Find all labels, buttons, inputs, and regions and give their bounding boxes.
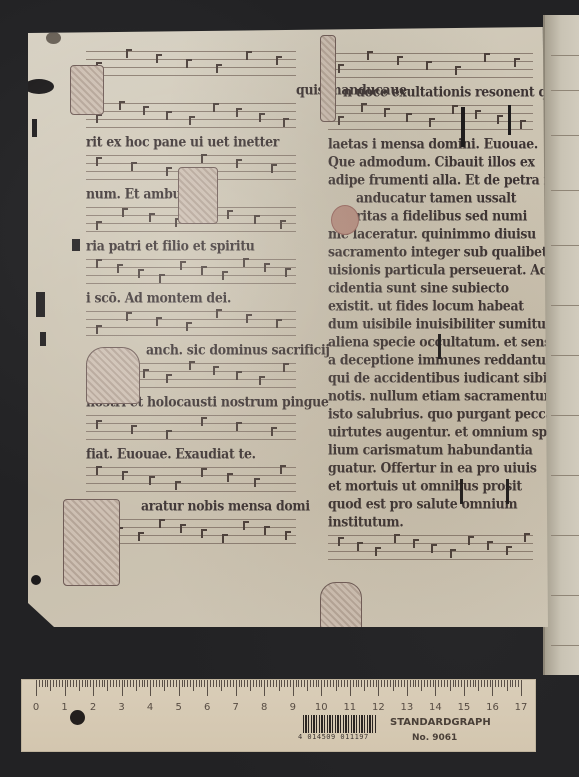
- neume: [201, 468, 203, 477]
- ruler-tick: [256, 680, 257, 687]
- ruler-tick: [367, 680, 368, 687]
- neume: [119, 101, 121, 110]
- text-line: rit ex hoc pane ui uet inetter: [86, 132, 296, 153]
- neume: [406, 113, 408, 122]
- binding-hole: [32, 119, 37, 137]
- ruler-tick: [310, 680, 311, 687]
- neume: [131, 425, 133, 434]
- neume: [180, 524, 182, 533]
- decorated-initial-m-face: [86, 347, 140, 404]
- neume: [117, 527, 119, 536]
- neume: [375, 547, 377, 556]
- ruler-tick: [393, 680, 394, 691]
- ruler-hole: [70, 710, 85, 725]
- ruler-tick: [267, 680, 268, 687]
- ruler-tick: [76, 680, 77, 687]
- ruler-tick: [290, 680, 291, 687]
- ruler-tick: [144, 680, 145, 687]
- neume: [119, 363, 121, 372]
- ruler-tick: [376, 680, 377, 687]
- slit: [438, 334, 441, 359]
- ruler-tick: [244, 680, 245, 687]
- ruler-tick: [159, 680, 160, 687]
- ruler-tick: [239, 680, 240, 687]
- ruler-tick: [450, 680, 451, 691]
- music-staff: [86, 463, 296, 497]
- neume: [122, 471, 124, 480]
- ruler-tick: [444, 680, 445, 687]
- ruler-tick: [56, 680, 57, 687]
- neume: [338, 64, 340, 73]
- neume: [143, 106, 145, 115]
- neume: [429, 118, 431, 127]
- ruler-tick: [467, 680, 468, 687]
- ruler-tick: [113, 680, 114, 687]
- neume: [166, 374, 168, 383]
- ruler-tick: [296, 680, 297, 687]
- ruler-tick: [298, 680, 299, 687]
- neume: [367, 51, 369, 60]
- text-line: sacramento integer sub qualibet di: [328, 242, 533, 263]
- text-line: uisionis particula perseuerat. Ac: [328, 260, 533, 281]
- text-line: ritas a fidelibus sed numi: [328, 206, 533, 227]
- neume: [201, 154, 203, 163]
- neume: [149, 476, 151, 485]
- ruler-tick: [281, 680, 282, 687]
- music-staff: [86, 307, 296, 341]
- text-line: cidentia sunt sine subiecto: [328, 278, 533, 299]
- ruler-tick: [62, 680, 63, 687]
- neume: [96, 114, 98, 123]
- ruler-tick: [510, 680, 511, 687]
- ruler-tick: [447, 680, 448, 687]
- binding-hole: [36, 292, 45, 317]
- text-line: i scō. Ad montem dei.: [86, 288, 296, 309]
- ruler-tick: [475, 680, 476, 687]
- ruler-tick: [470, 680, 471, 687]
- ruler-number: 11: [343, 702, 356, 713]
- ruler-tick: [333, 680, 334, 687]
- decorated-initial-p-figure: [63, 499, 120, 586]
- ruler-tick: [199, 680, 200, 687]
- ruler-tick: [59, 680, 60, 687]
- ruler-tick: [124, 680, 125, 687]
- neume: [475, 110, 477, 119]
- neume: [254, 215, 256, 224]
- music-staff: [328, 531, 533, 565]
- ruler-tick: [304, 680, 305, 687]
- ruler-tick: [441, 680, 442, 687]
- neume: [166, 430, 168, 439]
- ruler-tick: [119, 680, 120, 687]
- neume: [338, 537, 340, 546]
- scale-ruler: 01234567891011121314151617 4 014509 0111…: [21, 679, 536, 752]
- music-staff: [86, 515, 296, 549]
- neume: [285, 268, 287, 277]
- ruler-tick: [190, 680, 191, 687]
- neume: [222, 271, 224, 280]
- music-staff: [328, 101, 533, 135]
- neume: [254, 478, 256, 487]
- ruler-tick: [204, 680, 205, 687]
- binding-hole: [40, 332, 46, 346]
- ruler-tick: [384, 680, 385, 687]
- ruler-tick: [130, 680, 131, 687]
- ruler-tick: [210, 680, 211, 687]
- neume: [426, 61, 428, 70]
- ruler-tick: [495, 680, 496, 687]
- neume: [413, 539, 415, 548]
- text-line: quis manducaue: [86, 80, 296, 101]
- music-staff: [328, 49, 533, 83]
- ruler-tick: [167, 680, 168, 687]
- neume: [96, 221, 98, 230]
- neume: [201, 417, 203, 426]
- ruler-tick: [184, 680, 185, 687]
- neume: [361, 103, 363, 112]
- slit: [506, 479, 509, 504]
- ruler-tick: [259, 680, 260, 687]
- neume: [236, 108, 238, 117]
- neume: [271, 427, 273, 436]
- ruler-tick: [53, 680, 54, 687]
- ruler-number: 13: [401, 702, 414, 713]
- neume: [431, 544, 433, 553]
- text-line: uirtutes augentur. et omnium spiritua: [328, 422, 533, 443]
- music-staff: [86, 255, 296, 289]
- neume: [394, 534, 396, 543]
- neume: [450, 549, 452, 558]
- ruler-tick: [515, 680, 516, 687]
- neume: [468, 536, 470, 545]
- ruler-number: 1: [61, 702, 67, 713]
- ruler-tick: [230, 680, 231, 687]
- neume: [166, 111, 168, 120]
- ruler-tick: [284, 680, 285, 687]
- ruler-number: 14: [429, 702, 442, 713]
- ruler-tick: [87, 680, 88, 687]
- neume: [143, 369, 145, 378]
- binding-hole: [72, 239, 80, 251]
- ruler-tick: [438, 680, 439, 687]
- neume: [156, 54, 158, 63]
- text-line: a deceptione immunes reddantur: [328, 350, 533, 371]
- text-line: n uoce exultationis resonent qui: [328, 82, 533, 103]
- ruler-tick: [521, 680, 522, 696]
- neume: [117, 264, 119, 273]
- ruler-tick: [307, 680, 308, 691]
- ruler-tick: [42, 680, 43, 687]
- neume: [216, 64, 218, 73]
- text-line: guatur. Offertur in ea pro uiuis: [328, 458, 533, 479]
- neume: [96, 420, 98, 429]
- ruler-number: 15: [458, 702, 471, 713]
- ruler-number: 2: [90, 702, 96, 713]
- ruler-number: 12: [372, 702, 385, 713]
- ruler-tick: [287, 680, 288, 687]
- text-line: ria patri et filio et spiritu: [86, 236, 296, 257]
- ruler-tick: [293, 680, 294, 696]
- neume: [126, 312, 128, 321]
- binding-hole: [24, 79, 54, 94]
- manuscript-leaf: quis manducauerit ex hoc pane ui uet ine…: [28, 27, 548, 627]
- ruler-tick: [279, 680, 280, 691]
- ruler-tick: [233, 680, 234, 687]
- neume: [338, 116, 340, 125]
- neume: [189, 361, 191, 370]
- text-line: institutum.: [328, 512, 533, 533]
- neume: [138, 269, 140, 278]
- ruler-tick: [276, 680, 277, 687]
- music-staff: [86, 151, 296, 185]
- text-line: quod est pro salute omnium: [328, 494, 533, 515]
- decorated-initial-i-face: [320, 35, 336, 122]
- ruler-tick: [378, 680, 379, 696]
- ruler-tick: [213, 680, 214, 687]
- neume: [384, 108, 386, 117]
- ruler-tick: [133, 680, 134, 687]
- ruler-tick: [99, 680, 100, 687]
- ruler-tick: [413, 680, 414, 687]
- neume: [201, 266, 203, 275]
- ruler-tick: [484, 680, 485, 687]
- ruler-tick: [45, 680, 46, 687]
- ruler-tick: [201, 680, 202, 687]
- binding-hole: [31, 575, 41, 585]
- ruler-tick: [227, 680, 228, 687]
- neume: [213, 366, 215, 375]
- ruler-tick: [116, 680, 117, 687]
- ruler-tick: [424, 680, 425, 687]
- music-staff: [86, 99, 296, 133]
- text-line: laetas i mensa domini. Euouae.: [328, 134, 533, 155]
- ruler-tick: [501, 680, 502, 687]
- ruler-tick: [398, 680, 399, 687]
- ruler-tick: [65, 680, 66, 696]
- neume: [259, 113, 261, 122]
- ruler-number: 6: [204, 702, 210, 713]
- ruler-tick: [358, 680, 359, 687]
- ruler-tick: [361, 680, 362, 687]
- text-line: aliena specie occultatum. et sensus: [328, 332, 533, 353]
- neume: [276, 319, 278, 328]
- ruler-tick: [415, 680, 416, 687]
- neume: [186, 59, 188, 68]
- ruler-tick: [170, 680, 171, 687]
- text-line: notis. nullum etiam sacramentum est: [328, 386, 533, 407]
- ruler-tick: [453, 680, 454, 687]
- neume: [246, 314, 248, 323]
- neume: [180, 261, 182, 270]
- neume: [96, 325, 98, 334]
- ruler-tick: [47, 680, 48, 687]
- neume: [285, 531, 287, 540]
- ruler-tick: [250, 680, 251, 691]
- ruler-tick: [136, 680, 137, 691]
- text-line: me laceratur. quinimmo diuisu: [328, 224, 533, 245]
- text-line: anch. sic dominus sacrificij: [86, 340, 296, 361]
- neume: [213, 103, 215, 112]
- ruler-tick: [219, 680, 220, 687]
- neume: [283, 118, 285, 127]
- neume: [186, 322, 188, 331]
- ruler-tick: [487, 680, 488, 687]
- decorated-initial-bottom-face: [320, 582, 362, 629]
- ruler-tick: [458, 680, 459, 687]
- neume: [487, 541, 489, 550]
- ruler-tick: [179, 680, 180, 696]
- barcode-number: 4 014509 011197: [298, 733, 369, 741]
- ruler-tick: [196, 680, 197, 687]
- ruler-tick: [207, 680, 208, 696]
- ruler-tick: [153, 680, 154, 687]
- right-column: n uoce exultationis resonent quilaetas i…: [328, 49, 533, 565]
- neume: [156, 317, 158, 326]
- ruler-tick: [473, 680, 474, 687]
- ruler-tick: [341, 680, 342, 687]
- neume: [452, 105, 454, 114]
- adjacent-folded-leaf: [543, 15, 579, 675]
- music-staff: [86, 47, 296, 81]
- rubric-initial-m: [331, 205, 359, 235]
- ruler-tick: [435, 680, 436, 696]
- ruler-tick: [344, 680, 345, 687]
- ruler-tick: [273, 680, 274, 687]
- ruler-tick: [381, 680, 382, 687]
- decorated-initial-q: [70, 65, 104, 115]
- text-line: existit. ut fides locum habeat: [328, 296, 533, 317]
- ruler-tick: [39, 680, 40, 687]
- text-line: Que admodum. Cibauit illos ex: [328, 152, 533, 173]
- ruler-number: 16: [486, 702, 499, 713]
- ruler-tick: [142, 680, 143, 687]
- music-staff: [86, 359, 296, 393]
- ruler-tick: [481, 680, 482, 687]
- ruler-tick: [79, 680, 80, 691]
- ruler-tick: [330, 680, 331, 687]
- ruler-number: 5: [175, 702, 181, 713]
- ruler-number: 17: [515, 702, 528, 713]
- text-line: num. Et ambul lo: [86, 184, 296, 205]
- neume: [280, 465, 282, 474]
- neume: [227, 210, 229, 219]
- ruler-number: 10: [315, 702, 328, 713]
- ruler-tick: [193, 680, 194, 691]
- ruler-tick: [107, 680, 108, 691]
- neume: [96, 376, 98, 385]
- neume: [236, 371, 238, 380]
- ruler-tick: [221, 680, 222, 691]
- decorated-initial-g: [178, 167, 218, 224]
- ruler-tick: [90, 680, 91, 687]
- ruler-tick: [316, 680, 317, 687]
- neume: [243, 521, 245, 530]
- ruler-tick: [430, 680, 431, 687]
- neume: [166, 167, 168, 176]
- text-line: et mortuis ut omnibus prosit: [328, 476, 533, 497]
- neume: [138, 532, 140, 541]
- text-line: nostri et holocausti nostrum pingue: [86, 392, 296, 413]
- neume: [264, 263, 266, 272]
- ruler-tick: [150, 680, 151, 696]
- ruler-number: 4: [147, 702, 153, 713]
- neume: [236, 422, 238, 431]
- ruler-tick: [187, 680, 188, 687]
- text-line: lium carismatum habundantia: [328, 440, 533, 461]
- ruler-tick: [347, 680, 348, 687]
- left-column: quis manducauerit ex hoc pane ui uet ine…: [86, 47, 296, 549]
- ruler-tick: [261, 680, 262, 687]
- neume: [126, 49, 128, 58]
- ruler-tick: [410, 680, 411, 687]
- text-line: dum uisibile inuisibiliter sumitur: [328, 314, 533, 335]
- ruler-tick: [407, 680, 408, 696]
- ruler-tick: [236, 680, 237, 696]
- ruler-tick: [176, 680, 177, 687]
- ruler-number: 9: [290, 702, 296, 713]
- text-line: aratur nobis mensa domi: [86, 496, 296, 517]
- ruler-tick: [264, 680, 265, 696]
- ruler-tick: [104, 680, 105, 687]
- neume: [514, 58, 516, 67]
- ruler-tick: [156, 680, 157, 687]
- music-staff: [86, 411, 296, 445]
- ruler-tick: [147, 680, 148, 687]
- ruler-tick: [50, 680, 51, 691]
- ruler-tick: [338, 680, 339, 687]
- ruler-tick: [512, 680, 513, 687]
- ruler-tick: [36, 680, 37, 696]
- ruler-tick: [421, 680, 422, 691]
- ruler-tick: [404, 680, 405, 687]
- ruler-tick: [464, 680, 465, 696]
- ruler-tick: [507, 680, 508, 691]
- ruler-tick: [387, 680, 388, 687]
- neume: [222, 534, 224, 543]
- neume: [131, 162, 133, 171]
- neume: [271, 164, 273, 173]
- neume: [216, 309, 218, 318]
- neume: [264, 526, 266, 535]
- ruler-tick: [327, 680, 328, 687]
- ruler-tick: [373, 680, 374, 687]
- ruler-tick: [324, 680, 325, 687]
- ruler-tick: [96, 680, 97, 687]
- neume: [96, 522, 98, 531]
- neume: [159, 519, 161, 528]
- text-line: adipe frumenti alla. Et de petra melle s…: [328, 170, 533, 191]
- ruler-tick: [162, 680, 163, 687]
- ruler-tick: [122, 680, 123, 696]
- neume: [149, 213, 151, 222]
- neume: [520, 120, 522, 129]
- neume: [397, 56, 399, 65]
- neume: [243, 258, 245, 267]
- neume: [122, 208, 124, 217]
- ruler-tick: [85, 680, 86, 687]
- ruler-tick: [395, 680, 396, 687]
- text-line: fiat. Euouae. Exaudiat te.: [86, 444, 296, 465]
- barcode: [303, 715, 376, 733]
- ruler-tick: [353, 680, 354, 687]
- ruler-tick: [164, 680, 165, 691]
- slit: [508, 105, 511, 135]
- ruler-number: 7: [233, 702, 239, 713]
- ruler-tick: [102, 680, 103, 687]
- ruler-tick: [504, 680, 505, 687]
- neume: [189, 116, 191, 125]
- ruler-tick: [139, 680, 140, 687]
